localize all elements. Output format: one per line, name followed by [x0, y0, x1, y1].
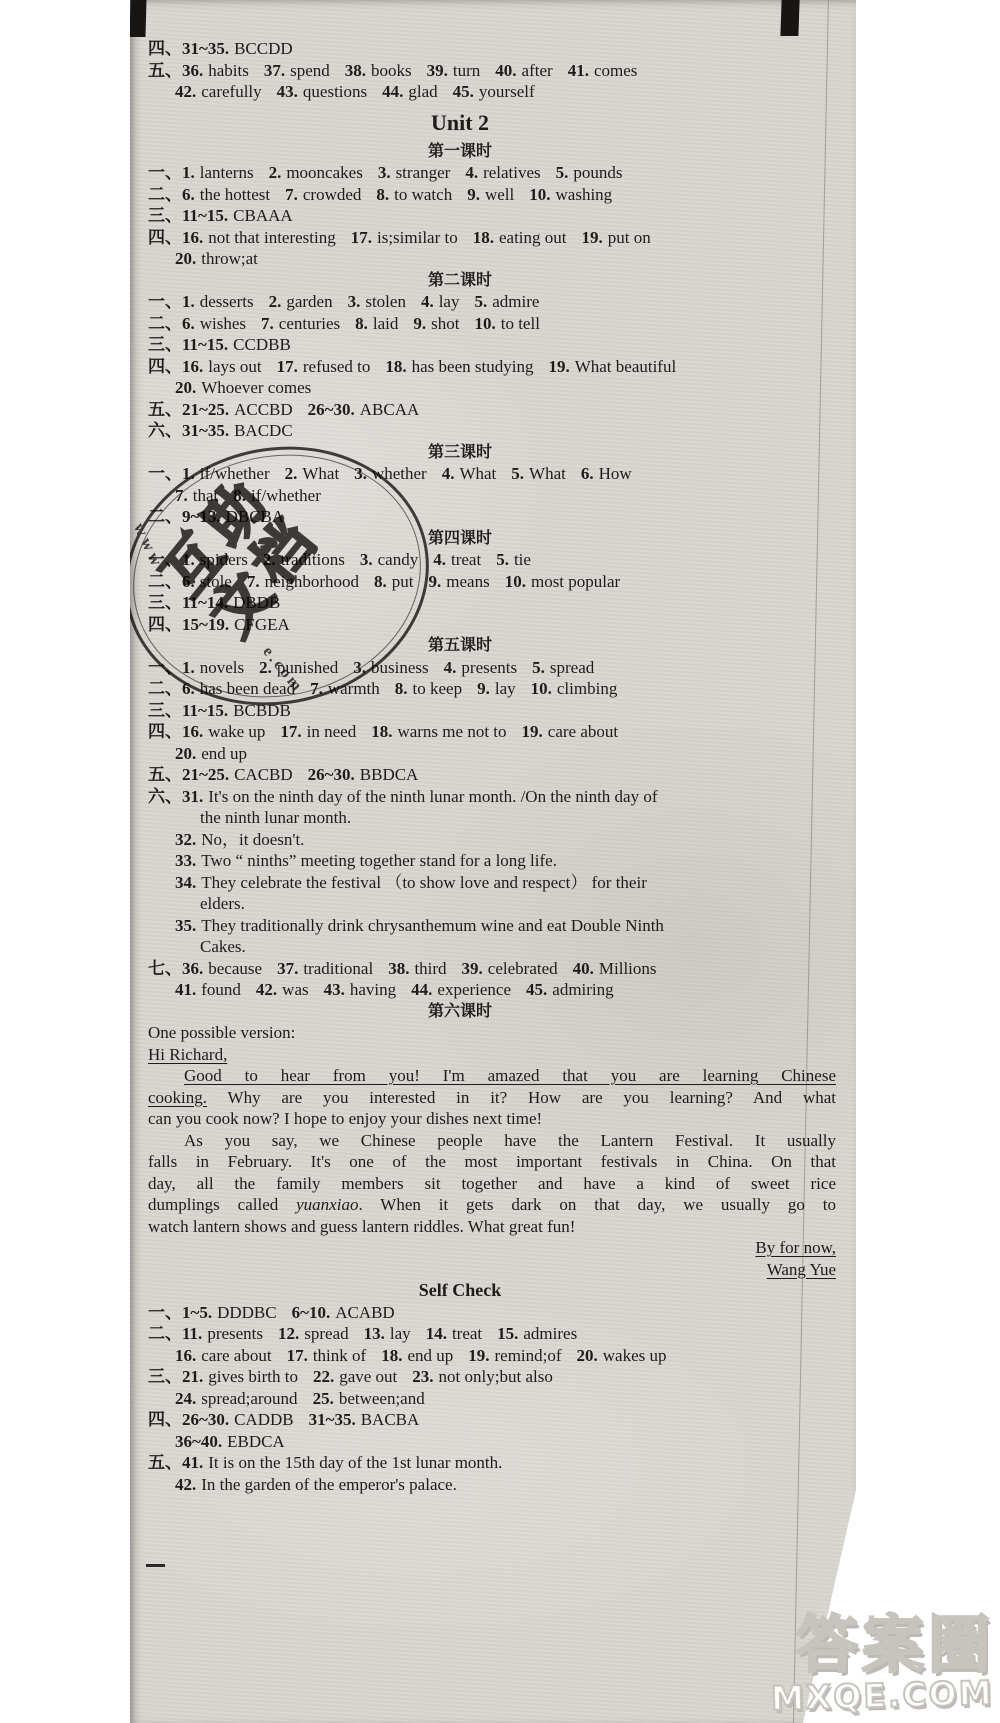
- text-span: What beautiful: [575, 357, 677, 376]
- text-span: 17.: [277, 357, 298, 376]
- text-span: experience: [437, 980, 511, 999]
- text-span: What: [529, 464, 566, 483]
- text-span: not only;but also: [439, 1367, 553, 1386]
- text-span: Two “ ninths” meeting together stand for…: [201, 851, 557, 870]
- text-span: 一、: [148, 550, 182, 569]
- text-span: 四、: [148, 228, 182, 247]
- text-line: 第六课时: [148, 1001, 836, 1023]
- text-span: It is on the 15th day of the 1st lunar m…: [208, 1453, 502, 1472]
- text-span: most popular: [531, 572, 620, 591]
- text-line: 一、1.desserts2.garden3.stolen4.lay5.admir…: [148, 291, 836, 313]
- text-span: between;and: [339, 1389, 425, 1408]
- text-span: is;similar to: [377, 228, 458, 247]
- text-line: Self Check: [148, 1280, 836, 1302]
- text-line: 36~40.EBDCA: [148, 1431, 836, 1453]
- text-span: end up: [407, 1346, 453, 1365]
- text-line: 42.carefully43.questions44.glad45.yourse…: [148, 81, 836, 103]
- text-span: 1.: [182, 550, 195, 569]
- text-span: the hottest: [200, 185, 270, 204]
- text-span: not that interesting: [208, 228, 335, 247]
- text-span: 6.: [182, 314, 195, 333]
- text-line: 三、21.gives birth to22.gave out23.not onl…: [148, 1366, 836, 1388]
- text-span: presents: [207, 1324, 263, 1343]
- text-line: 34.They celebrate the festival （to show …: [148, 872, 836, 894]
- text-span: found: [201, 980, 241, 999]
- text-span: BCCDD: [234, 39, 293, 58]
- text-span: to keep: [413, 679, 463, 698]
- text-span: 35.: [175, 916, 196, 935]
- text-span: wake up: [208, 722, 265, 741]
- text-span: CCDBB: [233, 335, 291, 354]
- text-span: was: [282, 980, 308, 999]
- scan-artifact-left: [130, 0, 147, 37]
- text-span: 36~40.: [175, 1432, 222, 1451]
- text-span: put on: [608, 228, 651, 247]
- text-span: They traditionally drink chrysanthemum w…: [201, 916, 664, 935]
- text-span: DBCBA: [226, 507, 285, 526]
- text-span: 7.: [310, 679, 323, 698]
- text-span: 四、: [148, 39, 182, 58]
- text-span: warmth: [328, 679, 380, 698]
- text-line: 20.throw;at: [148, 248, 836, 270]
- text-span: tie: [514, 550, 531, 569]
- text-span: care about: [548, 722, 618, 741]
- text-line: 42.In the garden of the emperor's palace…: [148, 1474, 836, 1496]
- text-span: 三、: [148, 206, 182, 225]
- text-span: 一、: [148, 464, 182, 483]
- text-span: after: [522, 61, 553, 80]
- text-span: 20.: [175, 378, 196, 397]
- text-span: 18.: [473, 228, 494, 247]
- text-span: gave out: [339, 1367, 397, 1386]
- text-span: 1~5.: [182, 1303, 212, 1322]
- text-line: can you cook now? I hope to enjoy your d…: [148, 1108, 836, 1130]
- text-span: 3.: [354, 464, 367, 483]
- text-span: 9.: [429, 572, 442, 591]
- text-line: 第一课时: [148, 141, 836, 163]
- text-span: 四、: [148, 357, 182, 376]
- text-span: 8.: [355, 314, 368, 333]
- text-span: remind;of: [494, 1346, 561, 1365]
- text-span: end up: [201, 744, 247, 763]
- text-span: habits: [208, 61, 249, 80]
- text-line: 四、16.lays out17.refused to18.has been st…: [148, 356, 836, 378]
- text-span: 31~35.: [182, 421, 229, 440]
- text-span: As you say, we Chinese people have the L…: [184, 1131, 836, 1150]
- text-span: 39.: [462, 959, 483, 978]
- text-line: 一、1.spiders2.traditions3.candy4.treat5.t…: [148, 549, 836, 571]
- text-span: 18.: [371, 722, 392, 741]
- text-span: 41.: [175, 980, 196, 999]
- text-span: punished: [277, 658, 338, 677]
- text-span: 17.: [280, 722, 301, 741]
- text-span: 10.: [529, 185, 550, 204]
- text-span: eating out: [499, 228, 567, 247]
- text-span: treat: [451, 550, 481, 569]
- text-span: 二、: [148, 572, 182, 591]
- text-span: 三、: [148, 1367, 182, 1386]
- text-line: Unit 2: [148, 108, 836, 138]
- text-span: 2.: [285, 464, 298, 483]
- text-span: washing: [556, 185, 613, 204]
- text-span: EBDCA: [227, 1432, 285, 1451]
- text-span: stolen: [365, 292, 406, 311]
- text-span: 42.: [175, 82, 196, 101]
- text-span: 43.: [324, 980, 345, 999]
- text-span: refused to: [303, 357, 371, 376]
- text-span: 12.: [278, 1324, 299, 1343]
- text-span: 四、: [148, 615, 182, 634]
- text-span: 11.: [182, 1324, 202, 1343]
- text-line: 一、1.if/whether2.What3.whether4.What5.Wha…: [148, 463, 836, 485]
- text-line: 五、21~25.ACCBD26~30.ABCAA: [148, 399, 836, 421]
- text-span: 14.: [426, 1324, 447, 1343]
- text-span: if/whether: [251, 486, 321, 505]
- text-span: 26~30.: [182, 1410, 229, 1429]
- text-span: 6.: [581, 464, 594, 483]
- text-line: 16.care about17.think of18.end up19.remi…: [148, 1345, 836, 1367]
- text-span: spend: [290, 61, 330, 80]
- text-span: 9.: [477, 679, 490, 698]
- text-span: 23.: [412, 1367, 433, 1386]
- text-span: 六、: [148, 787, 182, 806]
- text-span: third: [414, 959, 446, 978]
- text-span: 1.: [182, 163, 195, 182]
- text-span: 三、: [148, 701, 182, 720]
- text-span: 15.: [497, 1324, 518, 1343]
- text-span: 19.: [468, 1346, 489, 1365]
- text-span: has been dead: [200, 679, 295, 698]
- text-line: 20.Whoever comes: [148, 377, 836, 399]
- text-span: In the garden of the emperor's palace.: [201, 1475, 457, 1494]
- text-span: wakes up: [603, 1346, 667, 1365]
- text-span: 11~15.: [182, 701, 228, 720]
- text-span: 6.: [182, 679, 195, 698]
- text-span: 36.: [182, 959, 203, 978]
- text-span: garden: [286, 292, 332, 311]
- text-span: 11~15.: [182, 335, 228, 354]
- text-span: 一、: [148, 163, 182, 182]
- text-span: spread: [304, 1324, 348, 1343]
- text-span: glad: [408, 82, 437, 101]
- text-line: Good to hear from you! I'm amazed that y…: [148, 1065, 836, 1087]
- text-span: 二、: [148, 679, 182, 698]
- text-line: 二、6.has been dead7.warmth8.to keep9.lay1…: [148, 678, 836, 700]
- text-span: 二、: [148, 314, 182, 333]
- text-span: 19.: [522, 722, 543, 741]
- text-span: 42.: [175, 1475, 196, 1494]
- text-span: 44.: [382, 82, 403, 101]
- text-span: lay: [495, 679, 516, 698]
- text-span: treat: [452, 1324, 482, 1343]
- text-span: 9.: [467, 185, 480, 204]
- text-span: 40.: [573, 959, 594, 978]
- text-span: climbing: [557, 679, 617, 698]
- text-span: yuanxiao: [296, 1195, 358, 1214]
- text-span: 9~13.: [182, 507, 221, 526]
- text-line: 四、16.not that interesting17.is;similar t…: [148, 227, 836, 249]
- text-span: ABCAA: [360, 400, 420, 419]
- text-span: 8.: [374, 572, 387, 591]
- text-span: gives birth to: [208, 1367, 298, 1386]
- text-span: 三、: [148, 335, 182, 354]
- text-span: presents: [461, 658, 517, 677]
- text-span: lay: [439, 292, 460, 311]
- text-span: 38.: [388, 959, 409, 978]
- text-span: 31~35.: [182, 39, 229, 58]
- text-span: 2.: [259, 658, 272, 677]
- text-span: 5.: [556, 163, 569, 182]
- text-span: CADDB: [234, 1410, 294, 1429]
- text-line: 五、36.habits37.spend38.books39.turn40.aft…: [148, 60, 836, 82]
- text-line: cooking. Why are you interested in it? H…: [148, 1087, 836, 1109]
- text-span: 45.: [453, 82, 474, 101]
- text-span: admiring: [552, 980, 613, 999]
- text-span: day, all the family members sit together…: [148, 1174, 836, 1193]
- text-span: shot: [431, 314, 459, 333]
- text-line: 7.that8.if/whether: [148, 485, 836, 507]
- text-span: 44.: [411, 980, 432, 999]
- text-span: DBDB: [233, 593, 280, 612]
- text-line: the ninth lunar month.: [148, 807, 836, 829]
- text-line: 第五课时: [148, 635, 836, 657]
- text-span: 38.: [345, 61, 366, 80]
- text-span: crowded: [303, 185, 362, 204]
- text-span: 3.: [360, 550, 373, 569]
- paper-sheet: 四、31~35.BCCDD五、36.habits37.spend38.books…: [130, 0, 856, 1723]
- text-span: 2.: [269, 163, 282, 182]
- text-line: Wang Yue: [148, 1259, 836, 1281]
- text-span: 21.: [182, 1367, 203, 1386]
- text-span: 3.: [378, 163, 391, 182]
- text-span: 7.: [175, 486, 188, 505]
- text-span: 18.: [381, 1346, 402, 1365]
- text-span: 1.: [182, 464, 195, 483]
- text-span: 32.: [175, 830, 196, 849]
- text-span: DDDBC: [217, 1303, 277, 1322]
- text-span: 40.: [495, 61, 516, 80]
- text-span: traditions: [281, 550, 345, 569]
- text-span: 17.: [287, 1346, 308, 1365]
- text-span: spread: [550, 658, 594, 677]
- text-span: falls in February. It's one of the most …: [148, 1152, 836, 1171]
- text-span: 8.: [233, 486, 246, 505]
- text-span: 一、: [148, 292, 182, 311]
- text-line: As you say, we Chinese people have the L…: [148, 1130, 836, 1152]
- text-line: 二、6.stole7.neighborhood8.put9.means10.mo…: [148, 571, 836, 593]
- text-line: 35.They traditionally drink chrysanthemu…: [148, 915, 836, 937]
- text-span: 四、: [148, 722, 182, 741]
- text-span: 16.: [182, 357, 203, 376]
- text-span: novels: [200, 658, 244, 677]
- text-span: cooking.: [148, 1088, 207, 1107]
- text-line: Cakes.: [148, 936, 836, 958]
- text-span: 二、: [148, 1324, 182, 1343]
- text-span: 41.: [568, 61, 589, 80]
- text-span: admire: [492, 292, 539, 311]
- text-span: BBDCA: [360, 765, 419, 784]
- text-span: 42.: [256, 980, 277, 999]
- text-span: 3.: [348, 292, 361, 311]
- text-span: 17.: [351, 228, 372, 247]
- text-span: Good to hear from you! I'm amazed that y…: [184, 1066, 836, 1085]
- text-span: 四、: [148, 1410, 182, 1429]
- text-span: turn: [453, 61, 480, 80]
- text-span: stole: [200, 572, 232, 591]
- text-span: 5.: [532, 658, 545, 677]
- text-span: to tell: [501, 314, 540, 333]
- text-line: 三、11~15.BCBDB: [148, 700, 836, 722]
- text-span: means: [446, 572, 489, 591]
- text-line: 一、1.lanterns2.mooncakes3.stranger4.relat…: [148, 162, 836, 184]
- text-span: 18.: [385, 357, 406, 376]
- text-line: 五、21~25.CACBD26~30.BBDCA: [148, 764, 836, 786]
- text-span: Millions: [599, 959, 657, 978]
- text-line: 41.found42.was43.having44.experience45.a…: [148, 979, 836, 1001]
- text-span: throw;at: [201, 249, 258, 268]
- text-line: 四、31~35.BCCDD: [148, 38, 836, 60]
- text-span: 22.: [313, 1367, 334, 1386]
- text-span: Whoever comes: [201, 378, 311, 397]
- text-span: 33.: [175, 851, 196, 870]
- text-span: How: [599, 464, 632, 483]
- text-span: 4.: [444, 658, 457, 677]
- answer-lines: 四、31~35.BCCDD五、36.habits37.spend38.books…: [148, 38, 836, 1495]
- text-span: 二、: [148, 507, 182, 526]
- text-span: 6.: [182, 185, 195, 204]
- text-span: 10.: [474, 314, 495, 333]
- text-span: 8.: [376, 185, 389, 204]
- text-line: elders.: [148, 893, 836, 915]
- text-span: stranger: [396, 163, 451, 182]
- text-line: 二、6.the hottest7.crowded8.to watch9.well…: [148, 184, 836, 206]
- text-line: 三、11~15.CBAAA: [148, 205, 836, 227]
- text-span: 五、: [148, 61, 182, 80]
- text-span: 7.: [285, 185, 298, 204]
- text-span: 一、: [148, 658, 182, 677]
- text-span: 3.: [353, 658, 366, 677]
- text-line: 四、15~19.CFGEA: [148, 614, 836, 636]
- text-span: wishes: [200, 314, 246, 333]
- text-span: What: [302, 464, 339, 483]
- text-span: 16.: [182, 228, 203, 247]
- text-span: . When it gets dark on that day, we usua…: [358, 1195, 836, 1214]
- text-line: 第四课时: [148, 528, 836, 550]
- text-span: 45.: [526, 980, 547, 999]
- text-span: in need: [307, 722, 357, 741]
- text-span: 五、: [148, 400, 182, 419]
- text-span: 4.: [421, 292, 434, 311]
- text-span: BCBDB: [233, 701, 291, 720]
- text-span: centuries: [279, 314, 340, 333]
- text-span: 6.: [182, 572, 195, 591]
- text-span: 2.: [263, 550, 276, 569]
- text-span: 31~35.: [309, 1410, 356, 1429]
- text-span: What: [459, 464, 496, 483]
- text-span: They celebrate the festival （to show lov…: [201, 873, 647, 892]
- text-span: 4.: [465, 163, 478, 182]
- scanned-page: 四、31~35.BCCDD五、36.habits37.spend38.books…: [0, 0, 1000, 1723]
- text-span: 1.: [182, 658, 195, 677]
- text-span: traditional: [303, 959, 373, 978]
- text-span: 26~30.: [308, 400, 355, 419]
- text-line: watch lantern shows and guess lantern ri…: [148, 1216, 836, 1238]
- text-span: business: [371, 658, 429, 677]
- text-span: well: [485, 185, 514, 204]
- text-line: 24.spread;around25.between;and: [148, 1388, 836, 1410]
- text-span: 7.: [261, 314, 274, 333]
- text-line: 四、26~30.CADDB31~35.BACBA: [148, 1409, 836, 1431]
- text-span: 10.: [505, 572, 526, 591]
- text-span: 5.: [474, 292, 487, 311]
- text-span: ACABD: [335, 1303, 395, 1322]
- text-span: It's on the ninth day of the ninth lunar…: [208, 787, 657, 806]
- text-span: 二、: [148, 185, 182, 204]
- text-span: 4.: [433, 550, 446, 569]
- text-span: CACBD: [234, 765, 293, 784]
- text-span: 34.: [175, 873, 196, 892]
- text-span: Why are you interested in it? How are yo…: [207, 1088, 836, 1107]
- text-line: 五、41.It is on the 15th day of the 1st lu…: [148, 1452, 836, 1474]
- text-span: 20.: [577, 1346, 598, 1365]
- text-span: candy: [378, 550, 419, 569]
- text-span: if/whether: [200, 464, 270, 483]
- text-line: One possible version:: [148, 1022, 836, 1044]
- text-line: 一、1.novels2.punished3.business4.presents…: [148, 657, 836, 679]
- text-span: 8.: [395, 679, 408, 698]
- text-span: warns me not to: [397, 722, 506, 741]
- text-span: 37.: [264, 61, 285, 80]
- text-line: dumplings called yuanxiao. When it gets …: [148, 1194, 836, 1216]
- text-span: spread;around: [201, 1389, 297, 1408]
- text-span: comes: [594, 61, 637, 80]
- text-span: 六、: [148, 421, 182, 440]
- text-span: care about: [201, 1346, 271, 1365]
- text-line: 三、11~15.CCDBB: [148, 334, 836, 356]
- text-span: spiders: [200, 550, 248, 569]
- text-span: 11~14.: [182, 593, 228, 612]
- text-span: 11~15.: [182, 206, 228, 225]
- text-line: 一、1~5.DDDBC6~10.ACABD: [148, 1302, 836, 1324]
- text-span: 15~19.: [182, 615, 229, 634]
- text-line: 二、6.wishes7.centuries8.laid9.shot10.to t…: [148, 313, 836, 335]
- text-line: 33.Two “ ninths” meeting together stand …: [148, 850, 836, 872]
- text-span: mooncakes: [286, 163, 362, 182]
- text-span: 5.: [496, 550, 509, 569]
- text-span: having: [350, 980, 396, 999]
- text-span: 10.: [531, 679, 552, 698]
- text-span: 三、: [148, 593, 182, 612]
- text-span: 五、: [148, 1453, 182, 1472]
- text-span: carefully: [201, 82, 261, 101]
- text-line: By for now,: [148, 1237, 836, 1259]
- text-span: admires: [523, 1324, 577, 1343]
- text-span: lays out: [208, 357, 261, 376]
- text-span: No，it doesn't.: [201, 830, 304, 849]
- text-span: 31.: [182, 787, 203, 806]
- text-line: falls in February. It's one of the most …: [148, 1151, 836, 1173]
- text-line: 四、16.wake up17.in need18.warns me not to…: [148, 721, 836, 743]
- text-span: 21~25.: [182, 400, 229, 419]
- text-span: 五、: [148, 765, 182, 784]
- text-line: 第三课时: [148, 442, 836, 464]
- text-span: desserts: [200, 292, 254, 311]
- text-span: 7.: [247, 572, 260, 591]
- text-span: celebrated: [488, 959, 558, 978]
- text-line: 三、11~14.DBDB: [148, 592, 836, 614]
- text-span: that: [193, 486, 219, 505]
- text-span: think of: [313, 1346, 366, 1365]
